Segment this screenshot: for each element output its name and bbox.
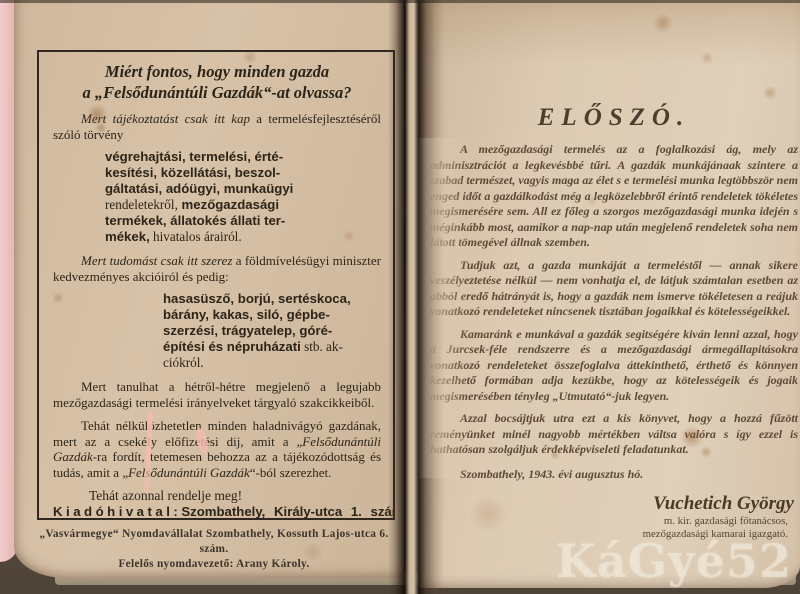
ad-paragraph-1: Mert tájékoztatást csak itt kap a termel… [53, 111, 381, 142]
left-page: Miért fontos, hogy minden gazda a „Felső… [14, 0, 404, 578]
publisher-line: Kiadóhivatal: Szombathely, Király-utca 1… [53, 504, 381, 519]
ad-p1-lead: Mert tájékoztatást csak itt kap [81, 111, 250, 126]
list2-line3: szerzési, trágyatelep, góré- [163, 323, 381, 339]
printer-imprint: „Vasvármegye“ Nyomdavállalat Szombathely… [28, 527, 400, 572]
list1-line4: rendeletekről, mezőgazdasági [105, 197, 381, 213]
ad-heading-line2: a „Felsődunántúli Gazdák“-at olvassa? [53, 82, 381, 103]
list2-line4: építési és népruházati stb. ak- [163, 339, 381, 355]
list2-line2: bárány, kakas, siló, gépbe- [163, 307, 381, 323]
emphasis-list-2: hasasüsző, borjú, sertéskoca, bárány, ka… [163, 291, 381, 371]
ad-p2-lead: Mert tudomást csak itt szerez [81, 253, 232, 268]
advertisement-box: Miért fontos, hogy minden gazda a „Felső… [37, 50, 395, 520]
signature-name: Vuchetich György [430, 493, 794, 515]
ad-heading-line1: Miért fontos, hogy minden gazda [53, 61, 381, 82]
book-scan: Miért fontos, hogy minden gazda a „Felső… [0, 0, 800, 594]
ad-heading: Miért fontos, hogy minden gazda a „Felső… [53, 61, 381, 103]
ad-paragraph-2: Mert tudomást csak itt szerez a földmíve… [53, 253, 381, 284]
watermark-text: KáGyé52 [556, 534, 792, 588]
ad-paragraph-3: Mert tanulhat a hétről-hétre megjelenő a… [53, 379, 381, 410]
list2-line1: hasasüsző, borjú, sertéskoca, [163, 291, 381, 307]
right-page: ELŐSZÓ. A mezőgazdasági termelés az a fo… [418, 0, 800, 588]
scan-top-edge [0, 0, 800, 3]
preface: ELŐSZÓ. A mezőgazdasági termelés az a fo… [430, 104, 798, 541]
preface-paragraph-2: Tudjuk azt, a gazda munkáját a termelést… [430, 258, 798, 320]
list1-line5: termékek, állatokés állati ter- [105, 213, 381, 229]
preface-title: ELŐSZÓ. [430, 104, 798, 132]
imprint-line-2: Felelős nyomdavezető: Arany Károly. [28, 557, 400, 572]
ad-call-to-action: Tehát azonnal rendelje meg! [53, 488, 381, 504]
preface-paragraph-3: Kamaránk e munkával a gazdák segitségére… [430, 327, 798, 405]
preface-paragraph-4: Azzal bocsájtjuk utra ezt a kis könyvet,… [430, 411, 798, 458]
list1-line1: végrehajtási, termelési, érté- [105, 149, 381, 165]
signature-role-1: m. kir. gazdasági főtanácsos, [430, 515, 794, 528]
list1-line3: gáltatási, adóügyi, munkaügyi [105, 181, 381, 197]
ad-paragraph-4: Tehát nélkülözhetetlen minden haladnivág… [53, 418, 381, 480]
list1-line6: mékek, hivatalos árairól. [105, 229, 381, 245]
imprint-line-1: „Vasvármegye“ Nyomdavállalat Szombathely… [28, 527, 400, 557]
publisher-label: Kiadóhivatal: [53, 504, 181, 519]
emphasis-list-1: végrehajtási, termelési, érté- kesítési,… [105, 149, 381, 245]
list1-line2: kesítési, közellátási, beszol- [105, 165, 381, 181]
publisher-address: Szombathely, Király-utca 1. szám. [181, 504, 395, 519]
water-stain [418, 0, 800, 66]
preface-paragraph-1: A mezőgazdasági termelés az a foglalkozá… [430, 142, 798, 251]
list2-line5: ciókról. [163, 355, 381, 371]
preface-dateline: Szombathely, 1943. évi augusztus hó. [430, 466, 798, 482]
